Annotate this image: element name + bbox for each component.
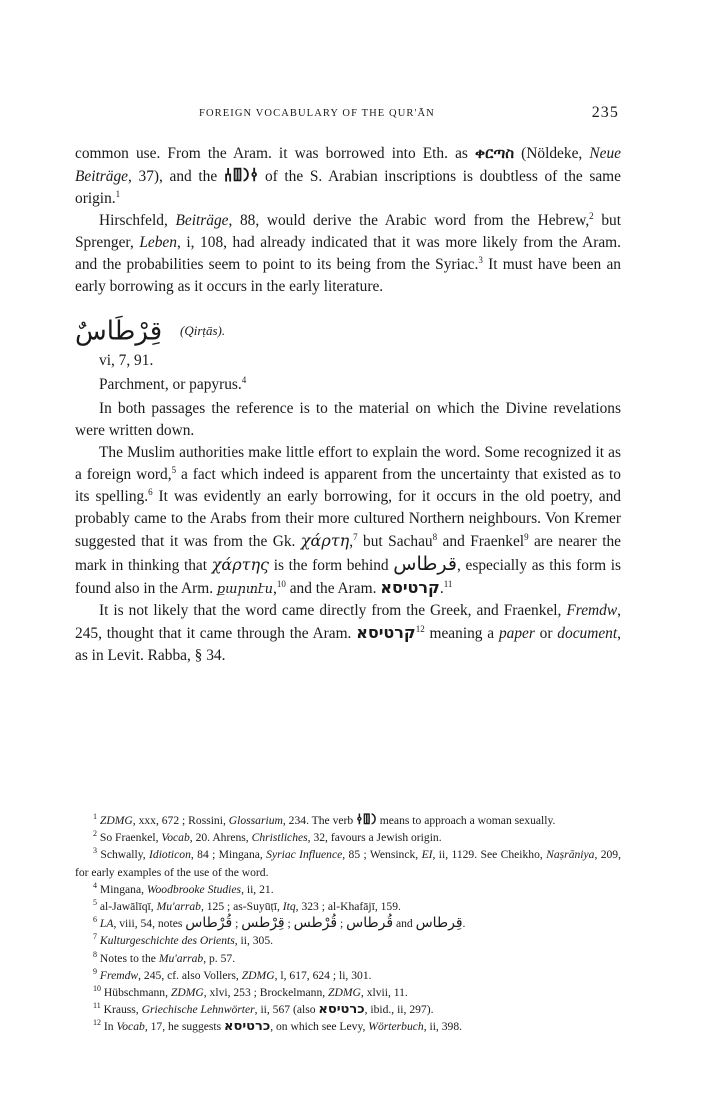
paragraph-not-likely: It is not likely that the word came dire…: [75, 600, 621, 667]
headword-arabic: قِرْطَاسٌ: [75, 316, 162, 346]
footnotes: 1 ZDMG, xxx, 672 ; Rossini, Glossarium, …: [75, 812, 621, 1036]
headword-transliteration: (Qirṭās).: [180, 323, 225, 338]
footnote-12: 12 In Vocab, 17, he suggests כרטיסא, on …: [75, 1018, 621, 1035]
south-arabian-word: 𐩧𐩷𐩤: [356, 813, 377, 827]
footnote-10: 10 Hübschmann, ZDMG, xlvi, 253 ; Brockel…: [75, 984, 621, 1001]
paragraph-continuation: common use. From the Aram. it was borrow…: [75, 142, 621, 210]
entry-gloss: Parchment, or papyrus.4: [75, 374, 621, 396]
main-text: common use. From the Aram. it was borrow…: [75, 142, 621, 667]
arabic-word: قرطاس: [393, 553, 457, 575]
ethiopic-word: ቀርጣስ: [475, 144, 514, 162]
footnote-ref[interactable]: 1: [116, 189, 121, 199]
arabic-variant: قُرطاس: [346, 915, 393, 931]
footnote-ref[interactable]: 10: [277, 579, 286, 589]
arabic-variant: قُرْطاس: [185, 915, 232, 931]
footnote-2: 2 So Fraenkel, Vocab, 20. Ahrens, Christ…: [75, 829, 621, 846]
running-title: Foreign Vocabulary of the Qur'ān: [199, 108, 435, 119]
aramaic-word: כרטיסא: [224, 1019, 270, 1034]
footnote-8: 8 Notes to the Mu'arrab, p. 57.: [75, 950, 621, 967]
footnote-6: 6 LA, viii, 54, notes قُرْطاس ; قِرْطس ;…: [75, 915, 621, 932]
footnote-1: 1 ZDMG, xxx, 672 ; Rossini, Glossarium, …: [75, 812, 621, 829]
footnote-7: 7 Kulturgeschichte des Orients, ii, 305.: [75, 932, 621, 949]
paragraph-muslim-authorities: The Muslim authorities make little effor…: [75, 442, 621, 600]
footnote-9: 9 Fremdw, 245, cf. also Vollers, ZDMG, l…: [75, 967, 621, 984]
running-head: Foreign Vocabulary of the Qur'ān 235: [75, 104, 621, 126]
paragraph-hirschfeld: Hirschfeld, Beiträge, 88, would derive t…: [75, 210, 621, 298]
arabic-variant: قُرْطس: [294, 915, 337, 931]
entry-headword: قِرْطَاسٌ (Qirṭās).: [75, 314, 621, 348]
footnote-3: 3 Schwally, Idioticon, 84 ; Mingana, Syr…: [75, 846, 621, 880]
footnote-ref[interactable]: 4: [242, 375, 247, 385]
footnote-11: 11 Krauss, Griechische Lehnwörter, ii, 5…: [75, 1001, 621, 1018]
arabic-variant: قِرْطس: [241, 915, 284, 931]
armenian-word: քարտէս: [217, 581, 273, 596]
greek-word: χάρτη: [301, 531, 349, 550]
footnote-ref[interactable]: 11: [444, 579, 453, 589]
footnote-4: 4 Mingana, Woodbrooke Studies, ii, 21.: [75, 881, 621, 898]
aramaic-word: קרטיסא: [380, 578, 440, 597]
page-number: 235: [592, 104, 619, 122]
footnote-5: 5 al-Jawālīqī, Mu'arrab, 125 ; as-Suyūṭī…: [75, 898, 621, 915]
paragraph-passages: In both passages the reference is to the…: [75, 398, 621, 442]
aramaic-word: כרטיסא: [318, 1002, 364, 1017]
quran-reference: vi, 7, 91.: [75, 350, 621, 372]
aramaic-word: קרטיסא: [356, 623, 416, 642]
footnote-ref[interactable]: 12: [416, 624, 425, 634]
south-arabian-word: 𐩤𐩧𐩷𐩪: [224, 167, 258, 185]
greek-word: χάρτης: [212, 555, 269, 574]
arabic-variant: قِرطاس: [416, 915, 463, 931]
